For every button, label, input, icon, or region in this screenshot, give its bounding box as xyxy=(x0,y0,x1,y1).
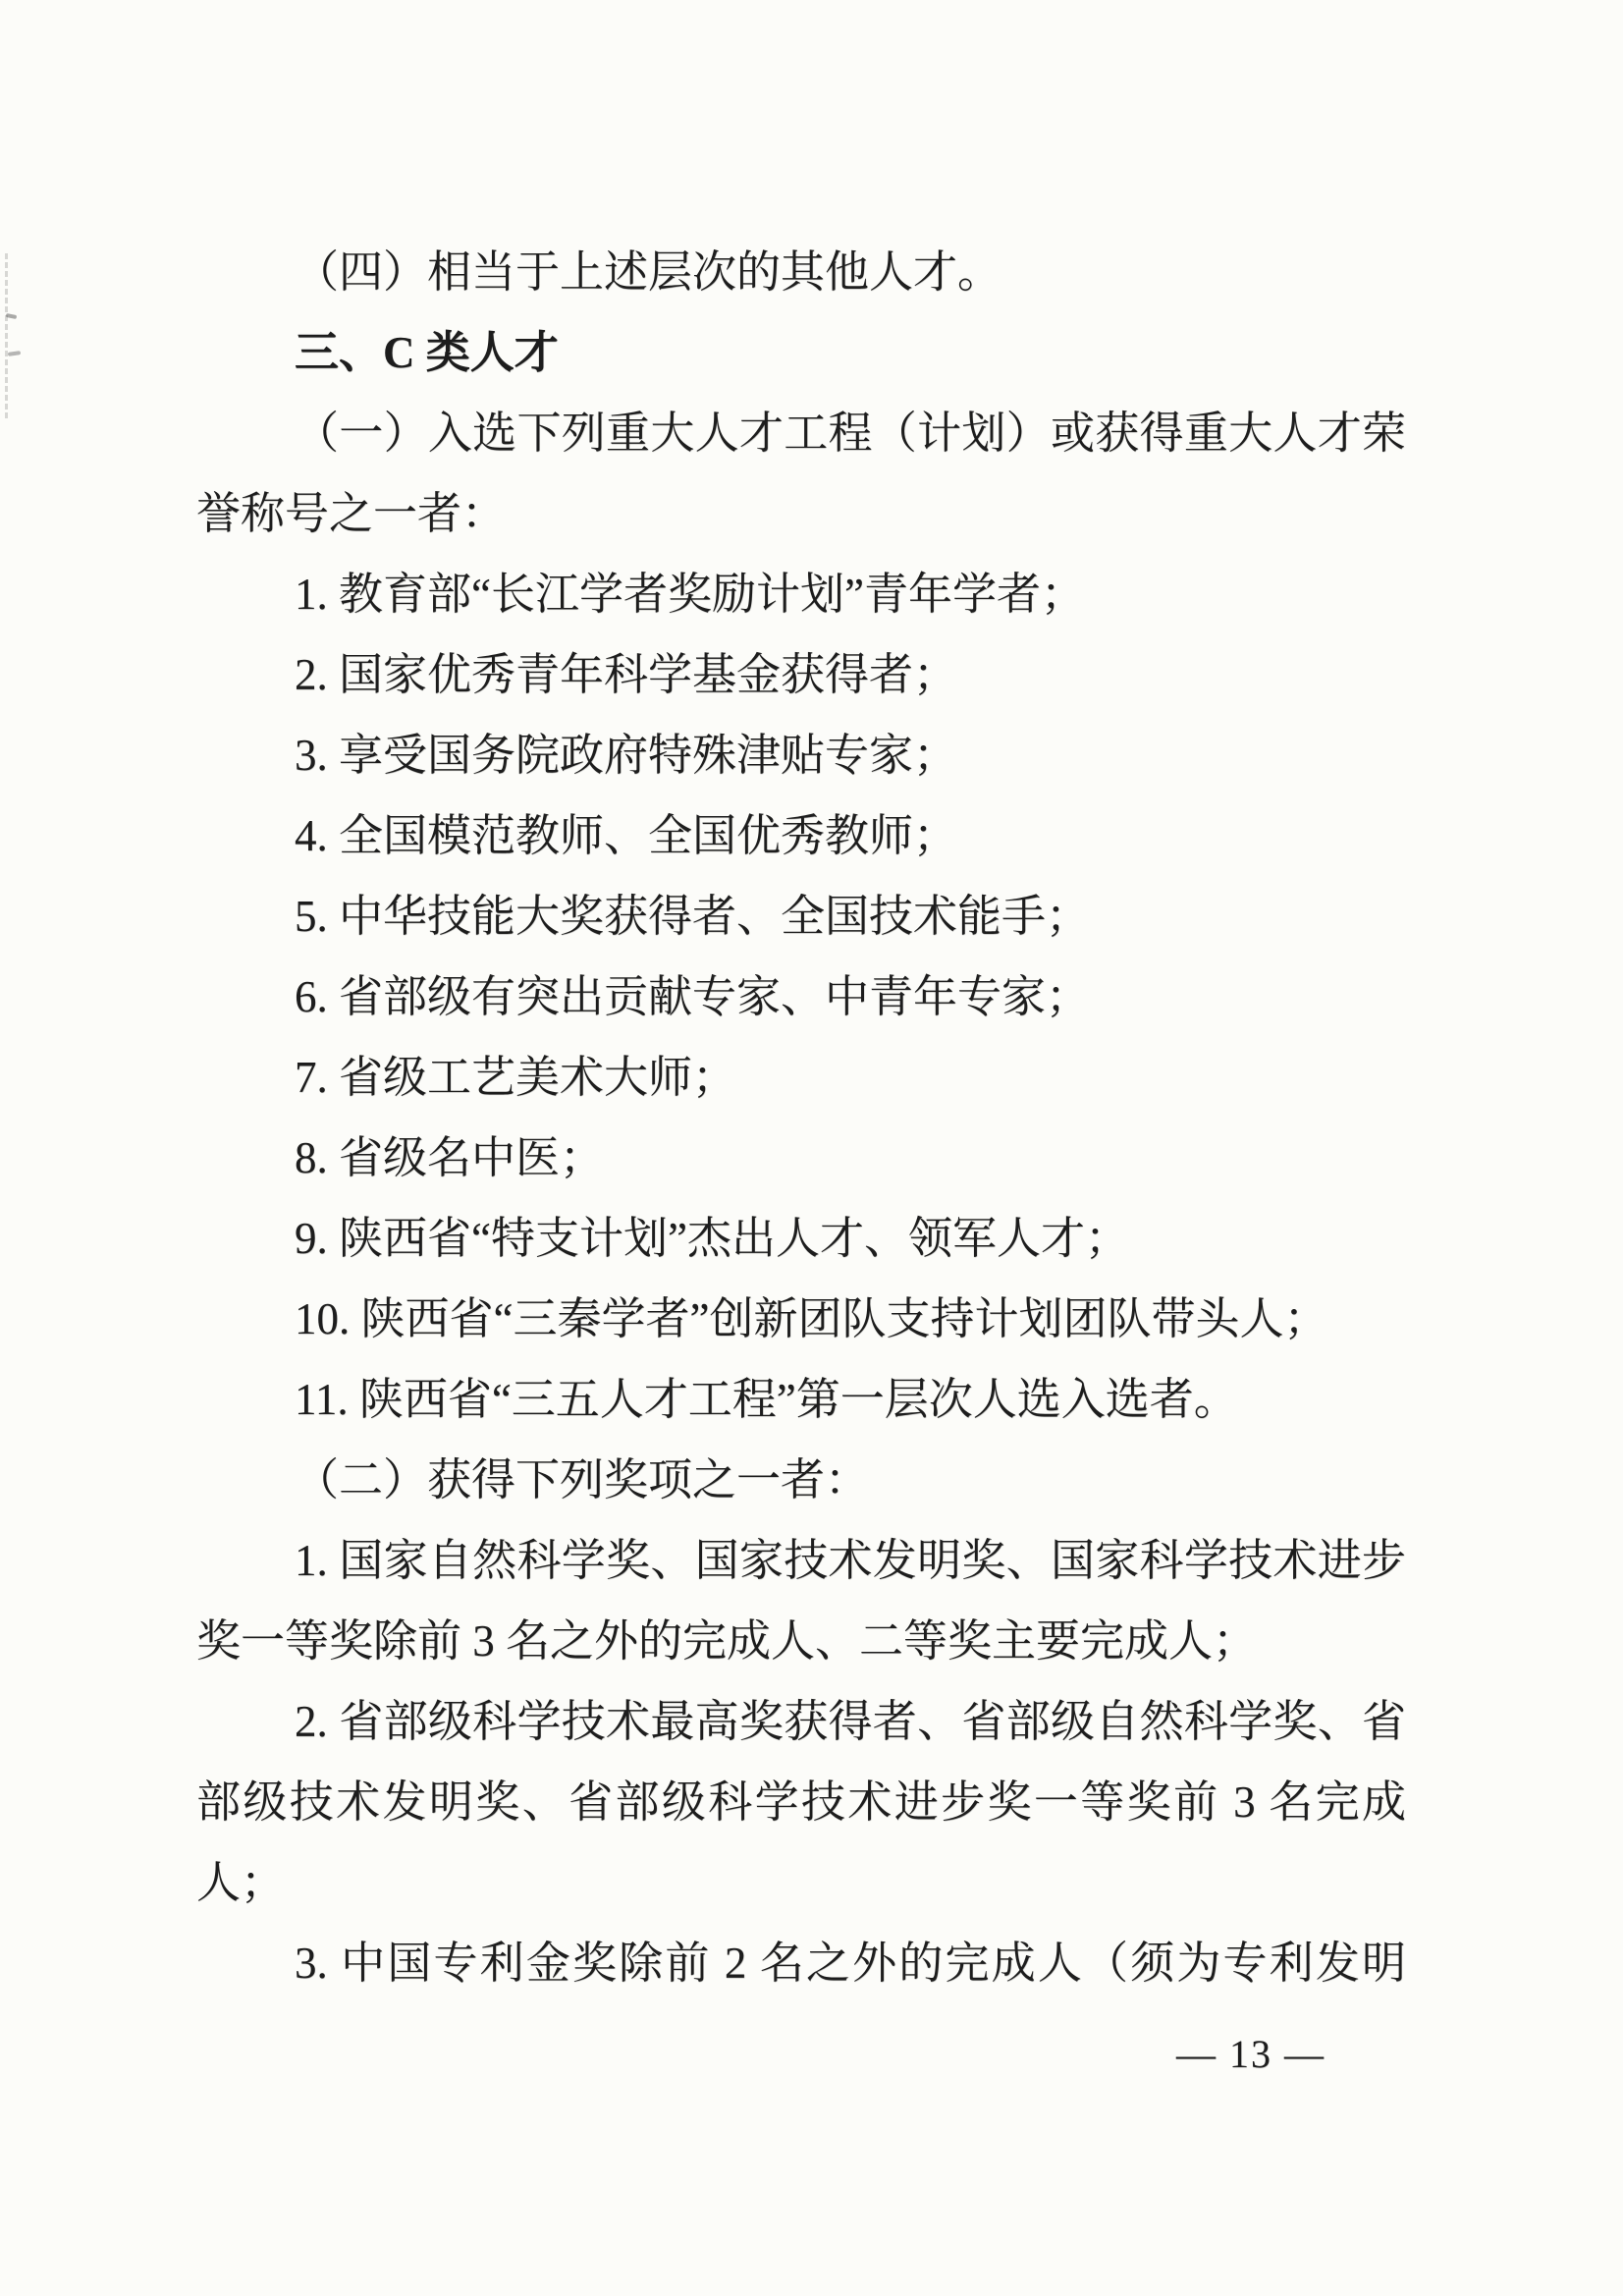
award-item-1-line-1: 1. 国家自然科学奖、国家技术发明奖、国家科学技术进步 xyxy=(196,1520,1406,1601)
scanned-document-page: （四）相当于上述层次的其他人才。 三、C 类人才 （一）入选下列重大人才工程（计… xyxy=(0,0,1623,2296)
award-item-3-line-1: 3. 中国专利金奖除前 2 名之外的完成人（须为专利发明 xyxy=(196,1923,1406,2003)
scan-artifact-speck xyxy=(8,351,21,356)
para-talent-programs-line-2: 誉称号之一者： xyxy=(196,473,1406,554)
para-awards-heading: （二）获得下列奖项之一者： xyxy=(196,1440,1406,1520)
item-d-equivalent-talents: （四）相当于上述层次的其他人才。 xyxy=(196,232,1406,312)
list-item-1: 1. 教育部“长江学者奖励计划”青年学者； xyxy=(196,554,1406,634)
para-talent-programs-line-1: （一）入选下列重大人才工程（计划）或获得重大人才荣 xyxy=(196,393,1406,473)
award-item-2-line-1: 2. 省部级科学技术最高奖获得者、省部级自然科学奖、省 xyxy=(196,1681,1406,1762)
list-item-3: 3. 享受国务院政府特殊津贴专家； xyxy=(196,715,1406,795)
award-item-2-line-3: 人； xyxy=(196,1842,1406,1923)
award-item-1-line-2: 奖一等奖除前 3 名之外的完成人、二等奖主要完成人； xyxy=(196,1601,1406,1681)
list-item-5: 5. 中华技能大奖获得者、全国技术能手； xyxy=(196,876,1406,957)
list-item-2: 2. 国家优秀青年科学基金获得者； xyxy=(196,634,1406,715)
list-item-6: 6. 省部级有突出贡献专家、中青年专家； xyxy=(196,957,1406,1037)
list-item-11: 11. 陕西省“三五人才工程”第一层次人选入选者。 xyxy=(196,1359,1406,1440)
award-item-2-line-2: 部级技术发明奖、省部级科学技术进步奖一等奖前 3 名完成 xyxy=(196,1762,1406,1842)
list-item-9: 9. 陕西省“特支计划”杰出人才、领军人才； xyxy=(196,1198,1406,1279)
heading-category-c: 三、C 类人才 xyxy=(196,312,1406,393)
list-item-8: 8. 省级名中医； xyxy=(196,1118,1406,1198)
list-item-4: 4. 全国模范教师、全国优秀教师； xyxy=(196,795,1406,876)
list-item-10: 10. 陕西省“三秦学者”创新团队支持计划团队带头人； xyxy=(196,1279,1406,1359)
document-body: （四）相当于上述层次的其他人才。 三、C 类人才 （一）入选下列重大人才工程（计… xyxy=(196,232,1406,2003)
list-item-7: 7. 省级工艺美术大师； xyxy=(196,1037,1406,1118)
page-number: — 13 — xyxy=(1176,2025,1325,2084)
scan-artifact-dashes xyxy=(5,253,8,418)
